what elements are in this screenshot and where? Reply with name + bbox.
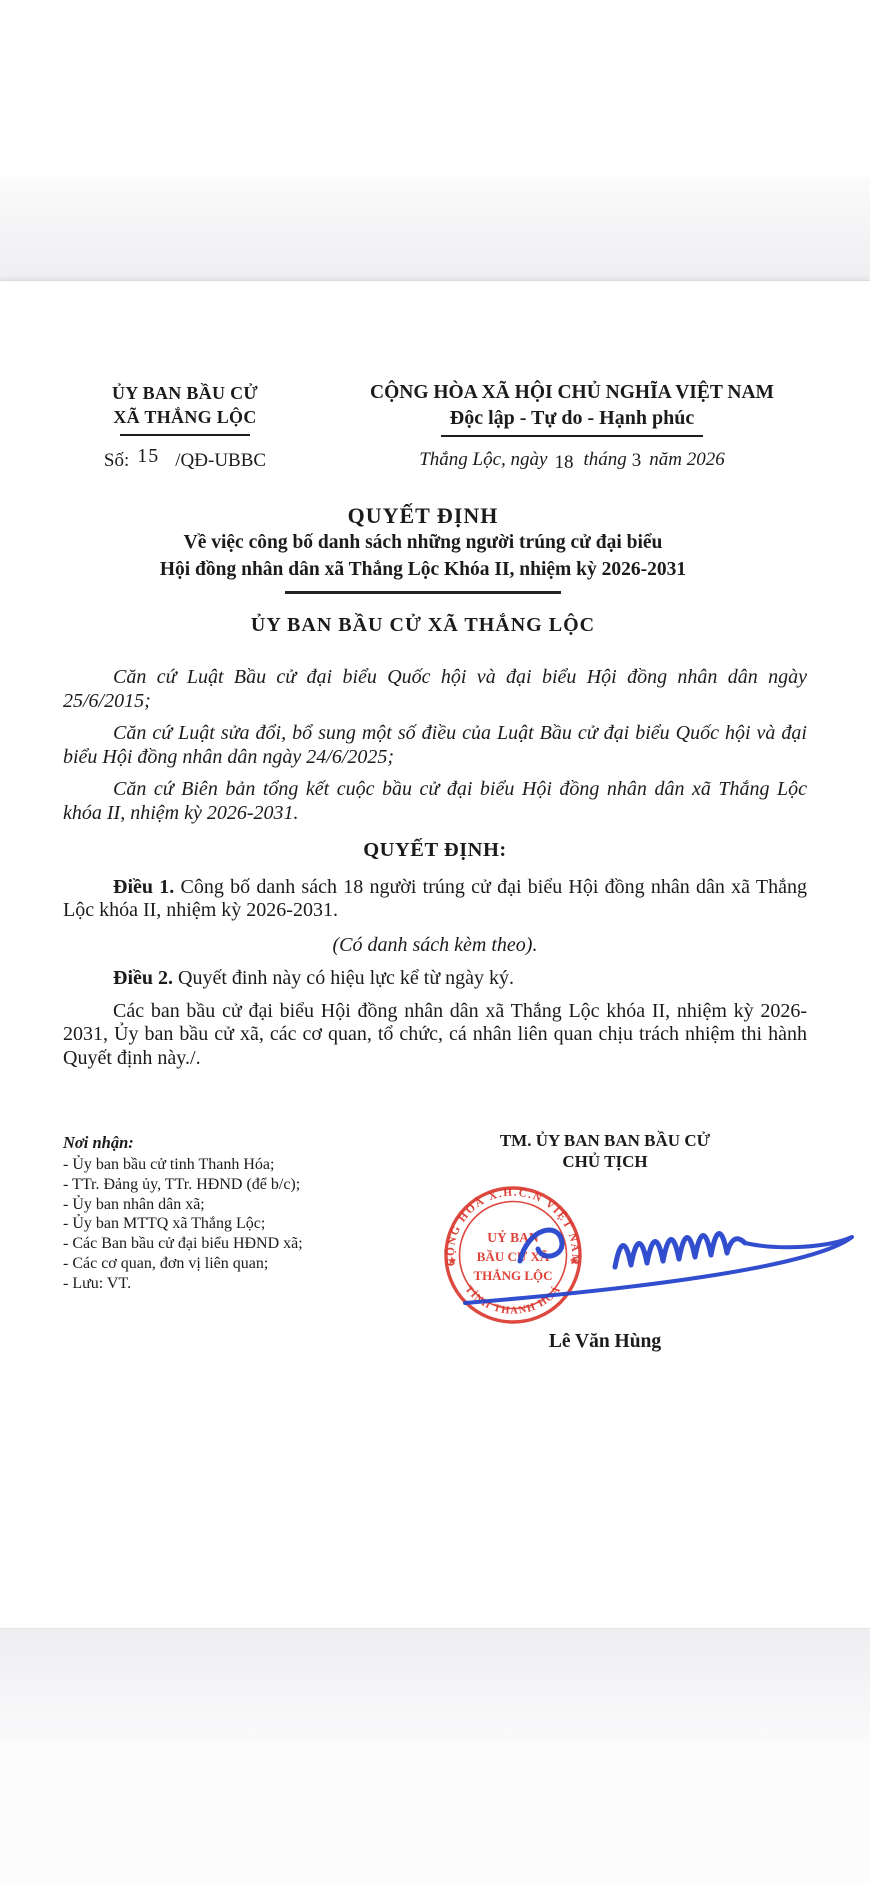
recipient-item: - Ủy ban nhân dân xã;	[63, 1195, 403, 1215]
attachment-note: (Có danh sách kèm theo).	[63, 934, 807, 958]
page-gap-top	[0, 177, 870, 281]
date-suffix: năm 2026	[649, 449, 724, 470]
national-motto-line1: CỘNG HÒA XÃ HỘI CHỦ NGHĨA VIỆT NAM	[357, 381, 787, 405]
document-title: QUYẾT ĐỊNH	[0, 502, 846, 529]
document-number-value: 15	[137, 445, 159, 468]
signing-authority-line1: TM. ỦY BAN BAN BẦU CỬ	[440, 1130, 770, 1151]
article-1: Điều 1. Công bố danh sách 18 người trúng…	[63, 876, 807, 923]
motto-underline	[441, 435, 703, 437]
signature-flourish-stroke	[520, 1230, 745, 1267]
title-block: QUYẾT ĐỊNH Về việc công bố danh sách nhữ…	[0, 502, 846, 637]
handwritten-signature	[420, 1181, 870, 1331]
recipients-list: - Ủy ban bầu cử tinh Thanh Hóa; - TTr. Đ…	[63, 1155, 403, 1294]
closing-paragraph: Các ban bầu cử đại biểu Hội đồng nhân dâ…	[63, 1000, 807, 1071]
citation-paragraph-3: Căn cứ Biên bản tổng kết cuộc bầu cử đại…	[63, 778, 807, 825]
decision-document-page: ỦY BAN BẦU CỬ XÃ THẮNG LỘC Số:15/QĐ-UBBC…	[0, 281, 870, 1628]
signing-authority-line2: CHỦ TỊCH	[440, 1151, 770, 1172]
article-1-text: Công bố danh sách 18 người trúng cử đại …	[63, 876, 807, 922]
article-2-label: Điều 2.	[113, 967, 173, 989]
article-2: Điều 2. Quyết đinh này có hiệu lực kể từ…	[63, 967, 807, 991]
document-body: Căn cứ Luật Bầu cử đại biểu Quốc hội và …	[63, 666, 807, 1079]
org-name-line1: ỦY BAN BẦU CỬ	[65, 381, 305, 405]
next-page-top	[0, 1742, 870, 1883]
document-number-line: Số:15/QĐ-UBBC	[65, 449, 305, 472]
document-number-label: Số:	[104, 450, 129, 471]
title-divider	[285, 591, 561, 594]
org-underline	[120, 434, 250, 436]
national-header-block: CỘNG HÒA XÃ HỘI CHỦ NGHĨA VIỆT NAM Độc l…	[357, 381, 787, 471]
previous-page-bottom	[0, 0, 870, 177]
document-number-suffix: /QĐ-UBBC	[175, 450, 266, 471]
recipient-item: - Lưu: VT.	[63, 1274, 403, 1294]
recipients-block: Nơi nhận: - Ủy ban bầu cử tinh Thanh Hóa…	[63, 1132, 403, 1294]
document-subtitle-line2: Hội đồng nhân dân xã Thắng Lộc Khóa II, …	[0, 556, 846, 583]
org-name-line2: XÃ THẮNG LỘC	[65, 405, 305, 429]
document-subtitle-line1: Về việc công bố danh sách những người tr…	[0, 529, 846, 556]
date-month-value: 3	[632, 450, 642, 472]
page-gap-bottom	[0, 1628, 870, 1743]
recipient-item: - TTr. Đảng ủy, TTr. HĐND (để b/c);	[63, 1175, 403, 1195]
issuer-heading: ỦY BAN BẦU CỬ XÃ THẮNG LỘC	[0, 614, 846, 637]
date-mid: tháng	[583, 449, 626, 470]
recipients-label: Nơi nhận:	[63, 1132, 403, 1153]
date-day-value: 18	[554, 452, 573, 474]
citation-paragraph-1: Căn cứ Luật Bầu cử đại biểu Quốc hội và …	[63, 666, 807, 713]
place-date-line: Thắng Lộc, ngày18tháng3năm 2026	[357, 449, 787, 471]
signing-authority-block: TM. ỦY BAN BAN BẦU CỬ CHỦ TỊCH	[440, 1130, 770, 1172]
recipient-item: - Các cơ quan, đơn vị liên quan;	[63, 1254, 403, 1274]
recipient-item: - Các Ban bầu cử đại biểu HĐND xã;	[63, 1234, 403, 1254]
citation-paragraph-2: Căn cứ Luật sửa đổi, bổ sung một số điều…	[63, 722, 807, 769]
article-2-text: Quyết đinh này có hiệu lực kể từ ngày ký…	[173, 967, 514, 989]
national-motto-line2: Độc lập - Tự do - Hạnh phúc	[357, 406, 787, 431]
decision-heading: QUYẾT ĐỊNH:	[63, 839, 807, 863]
recipient-item: - Ủy ban bầu cử tinh Thanh Hóa;	[63, 1155, 403, 1175]
article-1-label: Điều 1.	[113, 876, 174, 898]
issuing-org-block: ỦY BAN BẦU CỬ XÃ THẮNG LỘC Số:15/QĐ-UBBC	[65, 381, 305, 472]
date-prefix: Thắng Lộc, ngày	[419, 449, 547, 470]
recipient-item: - Ủy ban MTTQ xã Thắng Lộc;	[63, 1214, 403, 1234]
document-viewer: ỦY BAN BẦU CỬ XÃ THẮNG LỘC Số:15/QĐ-UBBC…	[0, 0, 870, 1883]
signer-name: Lê Văn Hùng	[455, 1331, 755, 1353]
